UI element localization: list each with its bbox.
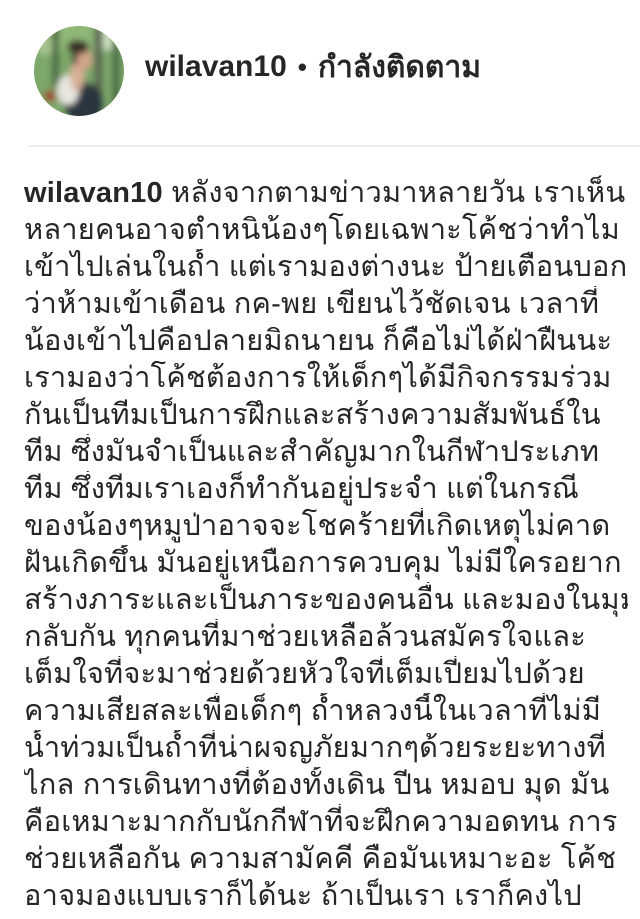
profile-photo — [34, 26, 124, 116]
avatar[interactable] — [34, 26, 124, 116]
caption-line: สร้างภาระและเป็นภาระของคนอื่น และมองในมุ… — [24, 582, 628, 619]
caption-username[interactable]: wilavan10 — [24, 177, 163, 209]
header-username[interactable]: wilavan10 — [145, 50, 287, 84]
caption-line: ว่าห้ามเข้าเดือน กค-พย เขียนไว้ชัดเจน เว… — [24, 286, 628, 323]
caption-line: เรามองว่าโค้ชต้องการให้เด็กๆได้มีกิจกรรม… — [24, 360, 628, 397]
caption-line: เต็มใจที่จะมาช่วยด้วยหัวใจที่เต็มเปี่ยมไ… — [24, 656, 628, 693]
caption-line: ทีม ซึ่งทีมเราเองก็ทำกันอยู่ประจำ แต่ในก… — [24, 471, 628, 508]
caption-line: คือเหมาะมากกับนักกีฬาที่จะฝึกความอดทน กา… — [24, 804, 628, 841]
caption-line: หลายคนอาจตำหนิน้องๆโดยเฉพาะโค้ชว่าทำไม — [24, 212, 628, 249]
caption-line: ฝันเกิดขึ้น มันอยู่เหนือการควบคุม ไม่มีใ… — [24, 545, 628, 582]
caption-line: wilavan10 หลังจากตามข่าวมาหลายวัน เราเห็… — [24, 175, 628, 212]
caption-line: กันเป็นทีมเป็นการฝึกและสร้างความสัมพันธ์… — [24, 397, 628, 434]
caption-line: ของน้องๆหมูป่าอาจจะโชคร้ายที่เกิดเหตุไม่… — [24, 508, 628, 545]
caption-line: อาจมองแบบเราก็ได้นะ ถ้าเป็นเรา เราก็คงไป — [24, 878, 628, 915]
header-title: wilavan10 • กำลังติดตาม — [145, 0, 630, 134]
caption-line: ช่วยเหลือกัน ความสามัคคี คือมันเหมาะอะ โ… — [24, 841, 628, 878]
caption-line: เข้าไปเล่นในถ้ำ แต่เรามองต่างนะ ป้ายเตือ… — [24, 249, 628, 286]
post-header: wilavan10 • กำลังติดตาม — [0, 0, 640, 145]
instagram-caption-view: wilavan10 • กำลังติดตาม wilavan10 หลังจา… — [0, 0, 640, 919]
header-separator: • — [298, 52, 307, 83]
caption: wilavan10 หลังจากตามข่าวมาหลายวัน เราเห็… — [0, 147, 640, 915]
caption-line: ทีม ซึ่งมันจำเป็นและสำคัญมากในกีฬาประเภท — [24, 434, 628, 471]
caption-line: ไกล การเดินทางที่ต้องทั้งเดิน ปีน หมอบ ม… — [24, 767, 628, 804]
following-status[interactable]: กำลังติดตาม — [318, 44, 481, 91]
caption-line: น้องเข้าไปคือปลายมิถนายน ก็คือไม่ได้ฝ่าฝ… — [24, 323, 628, 360]
caption-line: ความเสียสละเพื่อเด็กๆ ถ้ำหลวงนี้ในเวลาที… — [24, 693, 628, 730]
caption-line: น้ำท่วมเป็นถ้ำที่น่าผจญภัยมากๆด้วยระยะทา… — [24, 730, 628, 767]
caption-line: กลับกัน ทุกคนที่มาช่วยเหลือล้วนสมัครใจแล… — [24, 619, 628, 656]
